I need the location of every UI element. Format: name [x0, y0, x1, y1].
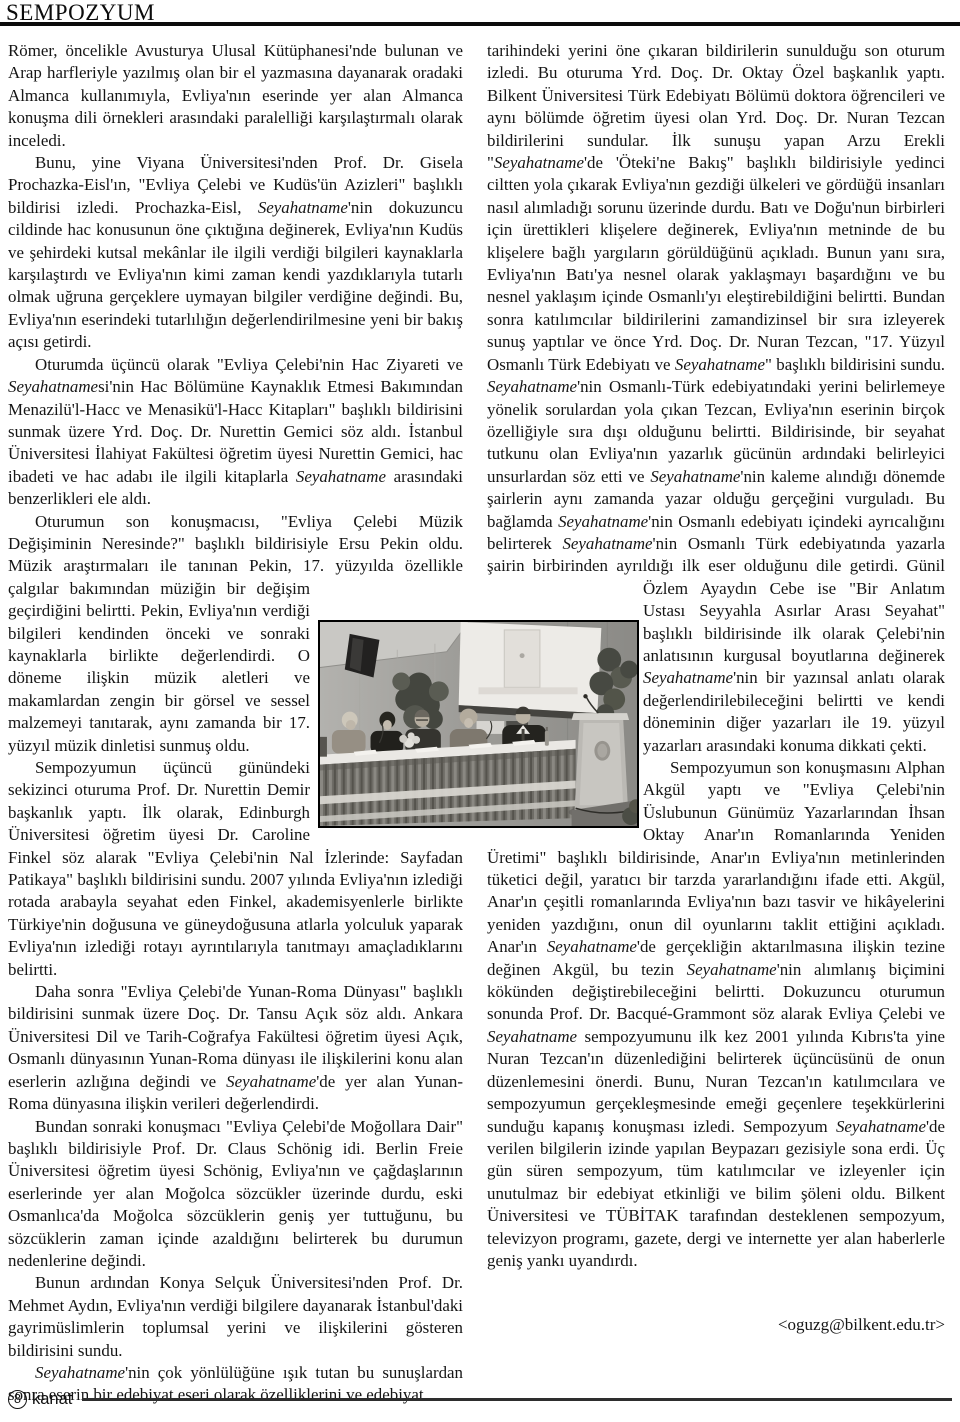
page-number-badge: 8	[8, 1390, 27, 1409]
magazine-page: SEMPOZYUM Römer, öncelikle Avusturya Ulu…	[0, 0, 960, 1422]
author-email: <oguzg@bilkent.edu.tr>	[487, 1314, 945, 1336]
paragraph: Römer, öncelikle Avusturya Ulusal Kütüph…	[8, 40, 463, 152]
paragraph: Oturumda üçüncü olarak "Evliya Çelebi'ni…	[8, 354, 463, 511]
paragraph: Bundan sonraki konuşmacı "Evliya Çelebi'…	[8, 1116, 463, 1273]
symposium-panel-photo	[318, 620, 639, 828]
footer-rule	[82, 1398, 952, 1401]
page-footer: 8 kanat	[8, 1390, 952, 1409]
paragraph: Daha sonra "Evliya Çelebi'de Yunan-Roma …	[8, 981, 463, 1115]
magazine-name: kanat	[32, 1390, 72, 1409]
header-rule	[0, 22, 960, 26]
paragraph: Bunu, yine Viyana Üniversitesi'nden Prof…	[8, 152, 463, 354]
panel-photo-illustration	[320, 622, 637, 826]
paragraph: Bunun ardından Konya Selçuk Üniversitesi…	[8, 1272, 463, 1362]
